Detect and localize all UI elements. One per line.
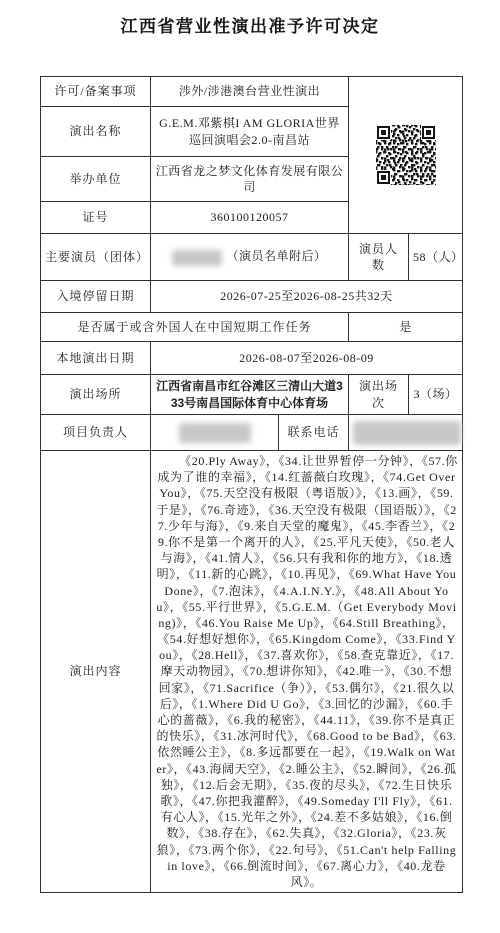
permit-document: 江西省营业性演出准予许可决定 许可/备案事项 涉外/涉港澳台营业性演出 xyxy=(0,0,500,933)
table-row: 主要演员（团体） （演员名单附后） 演员人数 58（人） xyxy=(41,234,463,281)
performance-name-value: G.E.M.邓紫棋I AM GLORIA世界巡回演唱会2.0-南昌站 xyxy=(151,107,349,157)
table-row: 入境停留日期 2026-07-25至2026-08-25共32天 xyxy=(41,281,463,313)
table-row: 项目负责人 联系电话 xyxy=(41,415,463,451)
table-row: 演出内容 《20.Ply Away》，《34.让世界暂停一分钟》，《57.你成为… xyxy=(41,451,463,893)
cert-number-label: 证号 xyxy=(41,202,151,234)
permit-item-value: 涉外/涉港澳台营业性演出 xyxy=(151,77,349,107)
contact-phone-label: 联系电话 xyxy=(279,415,349,451)
organizer-value: 江西省龙之梦文化体育发展有限公司 xyxy=(151,157,349,202)
redacted-performer-name xyxy=(172,250,222,266)
qr-cell xyxy=(349,77,463,234)
table-row: 演出场所 江西省南昌市红谷滩区三清山大道333号南昌国际体育中心体育场 演出场次… xyxy=(41,375,463,415)
entry-stay-label: 入境停留日期 xyxy=(41,281,151,313)
redacted-manager-name xyxy=(179,423,251,443)
performance-name-label: 演出名称 xyxy=(41,107,151,157)
performer-list-note: （演员名单附后） xyxy=(226,249,326,263)
venue-value: 江西省南昌市红谷滩区三清山大道333号南昌国际体育中心体育场 xyxy=(151,375,349,415)
performance-content-cell: 《20.Ply Away》，《34.让世界暂停一分钟》，《57.你成为了谁的幸福… xyxy=(151,451,463,893)
project-manager-value xyxy=(151,415,279,451)
performance-content-text: 《20.Ply Away》，《34.让世界暂停一分钟》，《57.你成为了谁的幸福… xyxy=(155,453,458,890)
organizer-label: 举办单位 xyxy=(41,157,151,202)
local-dates-value: 2026-08-07至2026-08-09 xyxy=(151,342,463,375)
venue-label: 演出场所 xyxy=(41,375,151,415)
contact-phone-value xyxy=(349,415,463,451)
redacted-phone-number xyxy=(353,421,461,445)
sessions-value: 3（场） xyxy=(409,375,463,415)
performer-count-value: 58（人） xyxy=(409,234,463,281)
table-row: 是否属于或含外国人在中国短期工作任务 是 xyxy=(41,313,463,342)
main-performers-label: 主要演员（团体） xyxy=(41,234,151,281)
permit-item-label: 许可/备案事项 xyxy=(41,77,151,107)
qr-code-icon xyxy=(375,124,437,186)
main-performers-value: （演员名单附后） xyxy=(151,234,349,281)
foreign-work-question: 是否属于或含外国人在中国短期工作任务 xyxy=(41,313,349,342)
performance-content-label: 演出内容 xyxy=(41,451,151,893)
table-row: 许可/备案事项 涉外/涉港澳台营业性演出 xyxy=(41,77,463,107)
project-manager-label: 项目负责人 xyxy=(41,415,151,451)
performer-count-label: 演员人数 xyxy=(349,234,409,281)
cert-number-value: 360100120057 xyxy=(151,202,349,234)
page-title: 江西省营业性演出准予许可决定 xyxy=(0,0,500,37)
foreign-work-answer: 是 xyxy=(349,313,463,342)
table-row: 本地演出日期 2026-08-07至2026-08-09 xyxy=(41,342,463,375)
sessions-label: 演出场次 xyxy=(349,375,409,415)
permit-table: 许可/备案事项 涉外/涉港澳台营业性演出 xyxy=(40,76,463,893)
local-dates-label: 本地演出日期 xyxy=(41,342,151,375)
entry-stay-value: 2026-07-25至2026-08-25共32天 xyxy=(151,281,463,313)
